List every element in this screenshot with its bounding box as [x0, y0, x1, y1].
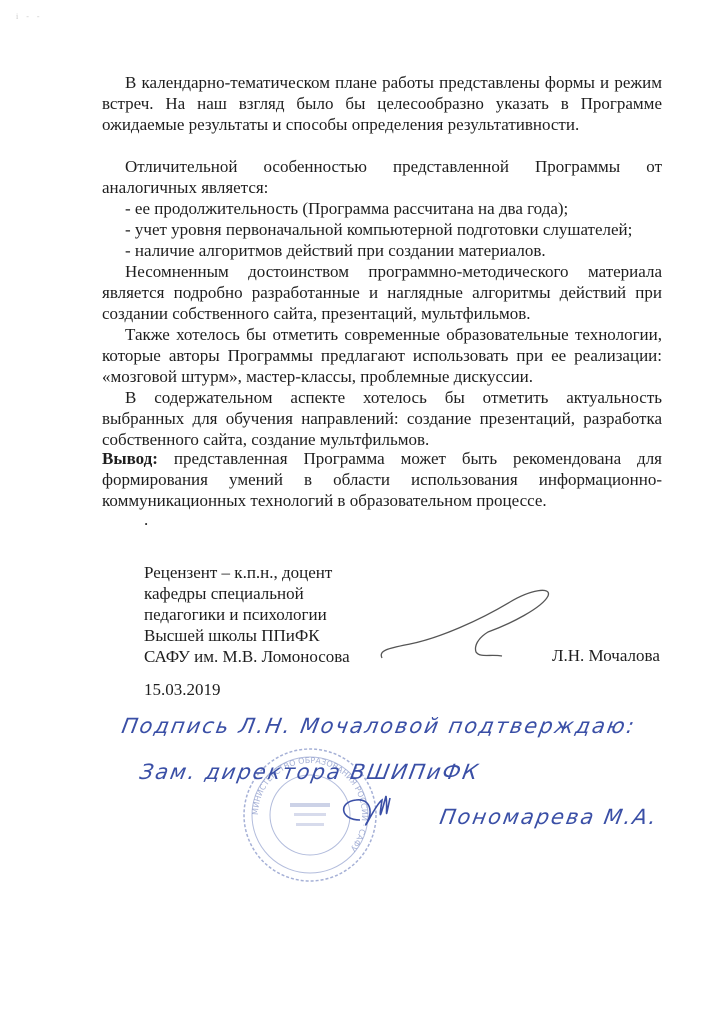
paragraph-text: В календарно-тематическом плане работы п… [102, 72, 662, 135]
reviewer-line: Высшей школы ППиФК [144, 625, 350, 646]
list-item: - наличие алгоритмов действий при создан… [102, 240, 662, 261]
handwritten-position: Зам. директора ВШИПиФК [138, 760, 482, 784]
reviewer-signature-icon [370, 580, 570, 670]
document-page: i - - В календарно-тематическом плане ра… [0, 0, 724, 1024]
paragraph-merits: Несомненным достоинством программно-мето… [102, 261, 662, 324]
reviewer-line: педагогики и психологии [144, 604, 350, 625]
reviewer-block: Рецензент – к.п.н., доцент кафедры специ… [144, 562, 350, 667]
paragraph-content-aspect: В содержательном аспекте хотелось бы отм… [102, 387, 662, 450]
paragraph-conclusion: Вывод: представленная Программа может бы… [102, 448, 662, 511]
conclusion-text: представленная Программа может быть реко… [102, 449, 662, 510]
handwritten-deputy-name: Пономарева М.А. [438, 805, 660, 829]
list-item: - ее продолжительность (Программа рассчи… [102, 198, 662, 219]
review-date: 15.03.2019 [144, 680, 221, 700]
stray-dot: . [144, 510, 148, 530]
handwritten-confirmation: Подпись Л.Н. Мочаловой подтверждаю: [120, 714, 638, 738]
reviewer-line: кафедры специальной [144, 583, 350, 604]
paragraph-technologies: Также хотелось бы отметить современные о… [102, 324, 662, 387]
reviewer-line: САФУ им. М.В. Ломоносова [144, 646, 350, 667]
deputy-signature-icon [330, 790, 400, 840]
scan-artifact: i - - [16, 12, 43, 21]
paragraph-distinctive-features: Отличительной особенностью представленно… [102, 156, 662, 450]
reviewer-line: Рецензент – к.п.н., доцент [144, 562, 350, 583]
paragraph-intro: Отличительной особенностью представленно… [102, 156, 662, 198]
conclusion-label: Вывод: [102, 449, 158, 468]
list-item: - учет уровня первоначальной компьютерно… [102, 219, 662, 240]
reviewer-name: Л.Н. Мочалова [552, 646, 660, 666]
paragraph-calendar-plan: В календарно-тематическом плане работы п… [102, 72, 662, 135]
